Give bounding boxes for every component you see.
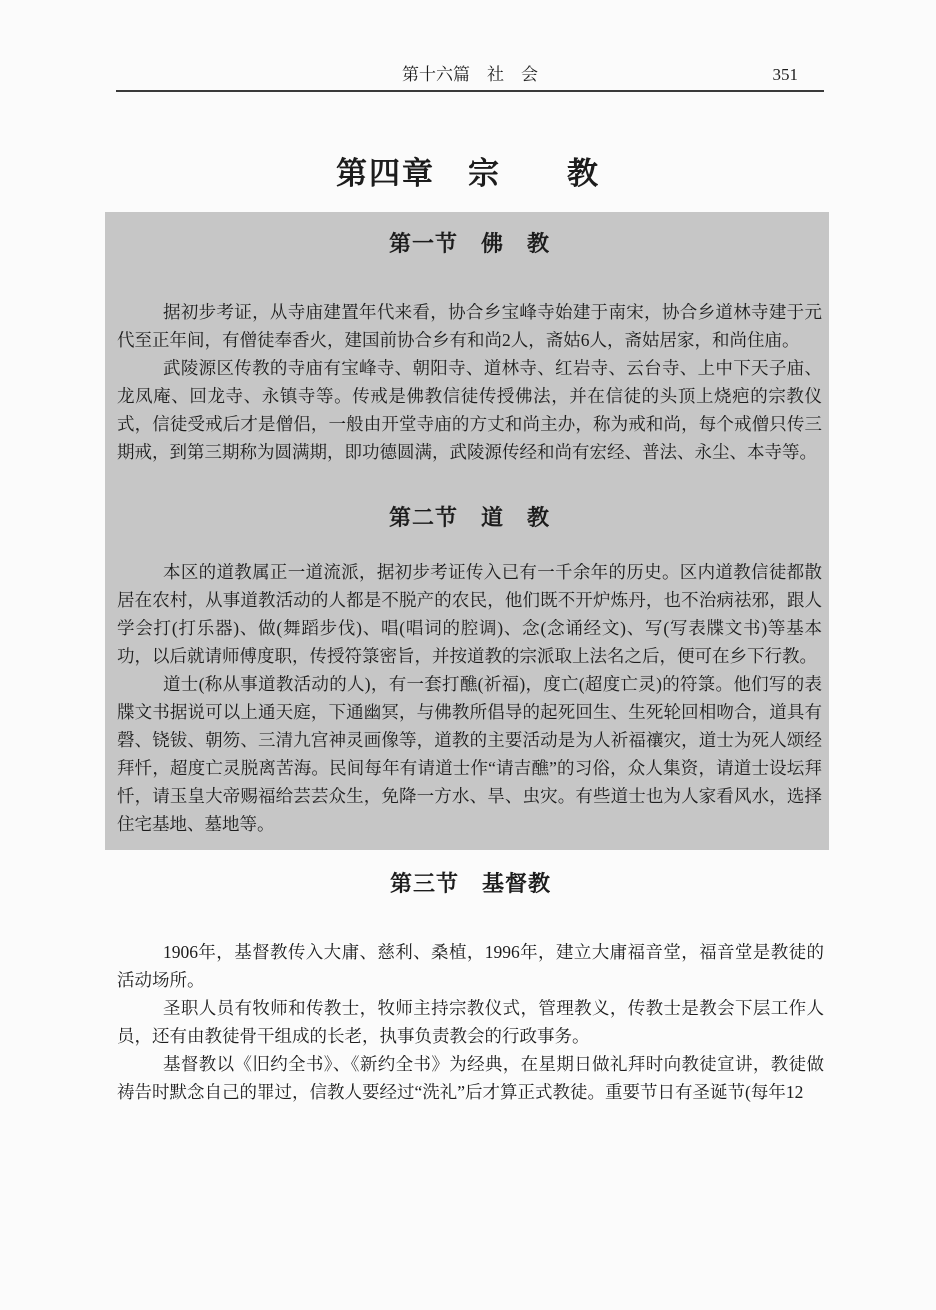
paragraph-taoism-1: 本区的道教属正一道流派，据初步考证传入已有一千余年的历史。区内道教信徒都散居在农… [117, 558, 822, 670]
page-number: 351 [773, 64, 799, 86]
highlighted-region: 第一节 佛 教 据初步考证，从寺庙建置年代来看，协合乡宝峰寺始建于南宋，协合乡道… [105, 212, 829, 850]
paragraph-christianity-2: 圣职人员有牧师和传教士，牧师主持宗教仪式，管理教义，传教士是教会下层工作人员，还… [117, 994, 824, 1050]
paragraph-christianity-3: 基督教以《旧约全书》、《新约全书》为经典，在星期日做礼拜时向教徒宣讲，教徒做祷告… [117, 1050, 824, 1106]
document-page: 第十六篇 社 会 351 第四章 宗 教 第一节 佛 教 据初步考证，从寺庙建置… [0, 0, 936, 1310]
section-christianity: 第三节 基督教 1906年，基督教传入大庸、慈利、桑植，1996年，建立大庸福音… [117, 868, 824, 1106]
section-heading-taoism: 第二节 道 教 [117, 502, 822, 534]
running-header-title: 第十六篇 社 会 [402, 65, 538, 84]
paragraph-buddhism-1: 据初步考证，从寺庙建置年代来看，协合乡宝峰寺始建于南宋，协合乡道林寺建于元代至正… [117, 298, 822, 354]
page-header: 第十六篇 社 会 351 [116, 0, 824, 92]
chapter-title: 第四章 宗 教 [0, 152, 936, 196]
section-heading-christianity: 第三节 基督教 [117, 868, 824, 900]
paragraph-christianity-1: 1906年，基督教传入大庸、慈利、桑植，1996年，建立大庸福音堂，福音堂是教徒… [117, 938, 824, 994]
section-heading-buddhism: 第一节 佛 教 [117, 228, 822, 260]
paragraph-buddhism-2: 武陵源区传教的寺庙有宝峰寺、朝阳寺、道林寺、红岩寺、云台寺、上中下天子庙、龙凤庵… [117, 354, 822, 466]
paragraph-taoism-2: 道士(称从事道教活动的人)，有一套打醮(祈福)，度亡(超度亡灵)的符箓。他们写的… [117, 670, 822, 838]
